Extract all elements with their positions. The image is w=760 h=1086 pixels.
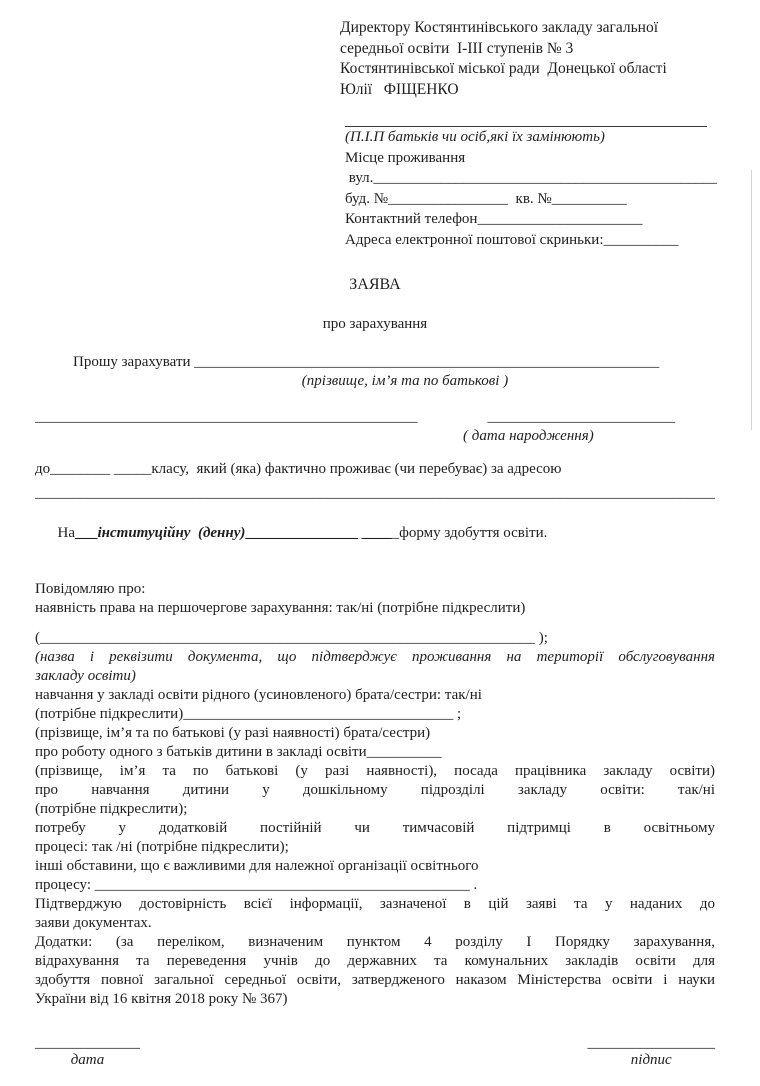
addressee-line: Костянтинівської міської ради Донецької … [340, 59, 715, 80]
document-caption-line: закладу освіти) [35, 667, 715, 686]
education-form-tail-line: _ [392, 525, 400, 541]
attachments-line: Додатки: (за переліком, визначеним пункт… [35, 933, 715, 952]
sign-label: підпис [588, 1051, 716, 1070]
child-name-caption: (прізвище, ім’я та по батькові ) [95, 371, 715, 391]
attachments-line: здобуття повної загальної середньої осві… [35, 971, 715, 990]
attachments-line: України від 16 квітня 2018 року № 367) [35, 990, 715, 1009]
applicant-name-blank-line [345, 114, 707, 127]
addressee-block: Директору Костянтинівського закладу зага… [340, 18, 715, 100]
confirmation-line2: заяви документах. [35, 914, 715, 933]
education-form-prefix: На [58, 525, 76, 541]
attachments-line: відрахування та переведення учнів до дер… [35, 952, 715, 971]
residence-label: Місце проживання [345, 148, 717, 169]
email-field: Адреса електронної поштової скриньки:___… [345, 230, 717, 251]
addressee-line: Юлії ФІЩЕНКО [340, 80, 715, 101]
education-form-trail-line: _______________ ____ [245, 525, 391, 541]
notification-section: Повідомляю про: наявність права на першо… [35, 580, 715, 1009]
applicant-contact-block: (П.І.П батьків чи осіб,які їх замінюють)… [345, 114, 717, 250]
address-blank-line: ________________________________________… [35, 480, 715, 500]
scan-edge-artifact [751, 170, 752, 430]
support-need-line2: процесі: так /ні (потрібне підкреслити); [35, 838, 715, 857]
notify-heading: Повідомляю про: [35, 580, 715, 599]
dob-blank-left: ________________________________________… [35, 409, 418, 426]
sibling-study-line: навчання у закладі освіти рідного (усино… [35, 686, 715, 705]
sign-signature-block: _________________ підпис [588, 1035, 716, 1070]
confirmation-line: Підтверджую достовірність всієї інформац… [35, 895, 715, 914]
parent-name-caption: (прізвище, ім’я та по батькові (у разі н… [35, 762, 715, 781]
class-line: до________ _____класу, який (яка) фактич… [35, 458, 715, 480]
applicant-name-caption: (П.І.П батьків чи осіб,які їх замінюють) [345, 127, 717, 148]
dob-blank-right: _________________________ [488, 409, 676, 426]
signature-section: ______________ дата _________________ пі… [35, 1035, 715, 1070]
priority-enrollment-line: наявність права на першочергове зарахува… [35, 599, 715, 618]
education-form-suffix: форму здобуття освіти. [399, 525, 547, 541]
underline-note-blank: (потрібне підкреслити)__________________… [35, 705, 715, 724]
date-label: дата [35, 1051, 140, 1070]
sibling-name-caption: (прізвище, ім’я та по батькові (у разі н… [35, 724, 715, 743]
document-title: ЗАЯВА [35, 276, 715, 294]
application-form-page: Директору Костянтинівського закладу зага… [0, 0, 760, 1086]
addressee-line: Директору Костянтинівського закладу зага… [340, 18, 715, 39]
other-circumstances-line: інші обставини, що є важливими для належ… [35, 857, 715, 876]
building-apartment-field: буд. №________________ кв. №__________ [345, 189, 717, 210]
request-enroll-line: Прошу зарахувати _______________________… [35, 354, 715, 371]
sign-blank-line: _________________ [588, 1035, 716, 1051]
document-blank-line: (_______________________________________… [35, 629, 715, 648]
parent-work-line: про роботу одного з батьків дитини в зак… [35, 743, 715, 762]
process-blank-line: процесу: _______________________________… [35, 876, 715, 895]
education-form-line: На___інституційну (денну)_______________… [35, 500, 715, 566]
document-caption-line: (назва і реквізити документа, що підтвер… [35, 648, 715, 667]
dob-blank-row: ________________________________________… [35, 409, 715, 426]
date-blank-line: ______________ [35, 1035, 140, 1051]
document-subtitle: про зарахування [35, 316, 715, 333]
dob-blank-gap [418, 409, 488, 426]
underline-note: (потрібне підкреслити); [35, 800, 715, 819]
preschool-study-line: про навчання дитини у дошкільному підроз… [35, 781, 715, 800]
dob-caption: ( дата народження) [463, 426, 715, 446]
phone-field: Контактний телефон______________________ [345, 209, 717, 230]
date-signature-block: ______________ дата [35, 1035, 140, 1070]
street-field: вул.____________________________________… [345, 168, 717, 189]
education-form-filled-value: інституційну (денну) [98, 525, 246, 541]
education-form-lead-line: ___ [75, 525, 98, 541]
addressee-line: середньої освіти І-ІІІ ступенів № 3 [340, 39, 715, 60]
support-need-line: потребу у додатковій постійній чи тимчас… [35, 819, 715, 838]
